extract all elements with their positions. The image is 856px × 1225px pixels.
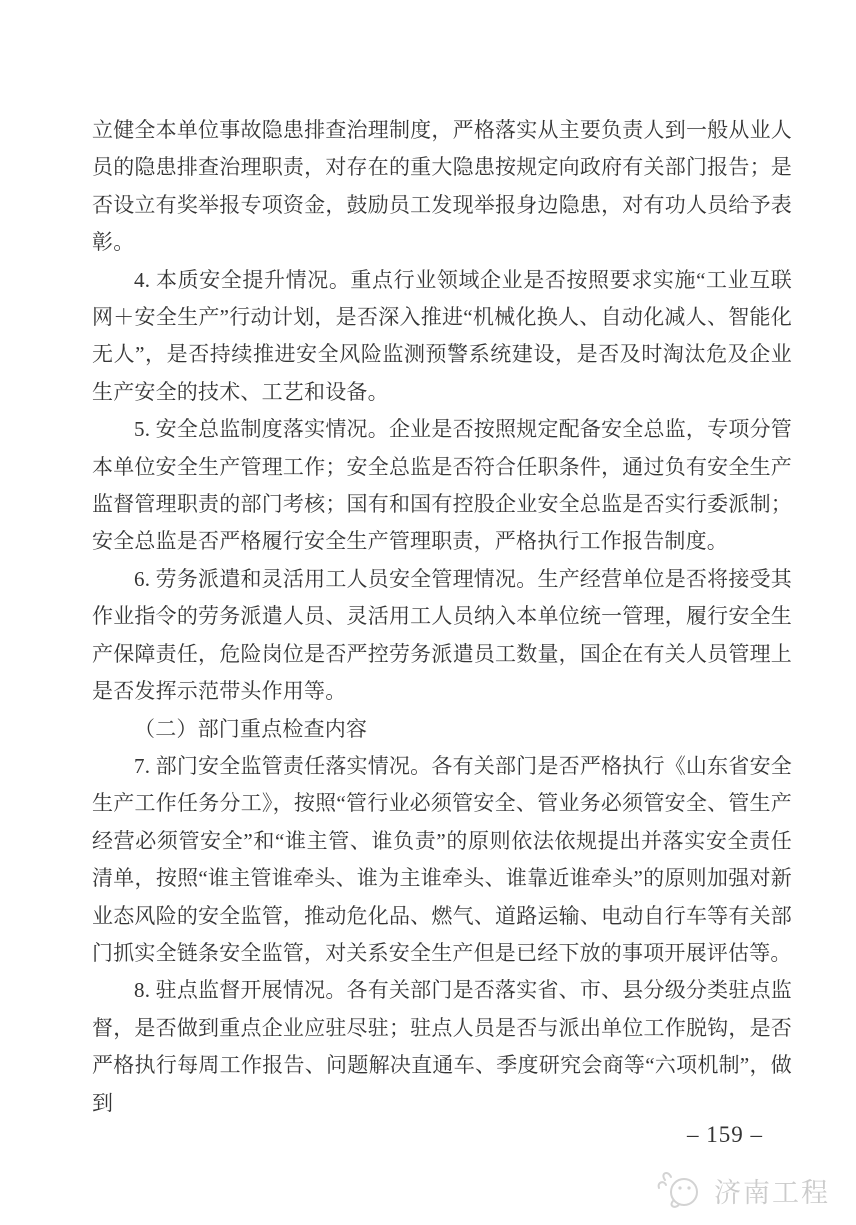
watermark-text: 济南工程: [714, 1171, 830, 1210]
paragraph: 8. 驻点监督开展情况。各有关部门是否落实省、市、县分级分类驻点监督，是否做到重…: [92, 972, 792, 1122]
document-body: 立健全本单位事故隐患排查治理制度，严格落实从主要负责人到一般从业人员的隐患排查治…: [92, 112, 792, 1122]
paragraph: 5. 安全总监制度落实情况。企业是否按照规定配备安全总监，专项分管本单位安全生产…: [92, 411, 792, 561]
section-heading: （二）部门重点检查内容: [92, 711, 792, 748]
paragraph: 6. 劳务派遣和灵活用工人员安全管理情况。生产经营单位是否将接受其作业指令的劳务…: [92, 561, 792, 711]
watermark: 济南工程: [655, 1168, 830, 1212]
page-number: – 159 –: [687, 1122, 763, 1148]
paragraph: 立健全本单位事故隐患排查治理制度，严格落实从主要负责人到一般从业人员的隐患排查治…: [92, 112, 792, 262]
cartoon-mascot-logo-icon: [655, 1168, 707, 1212]
paragraph: 7. 部门安全监管责任落实情况。各有关部门是否严格执行《山东省安全生产工作任务分…: [92, 748, 792, 972]
paragraph: 4. 本质安全提升情况。重点行业领域企业是否按照要求实施“工业互联网＋安全生产”…: [92, 262, 792, 412]
document-page: 立健全本单位事故隐患排查治理制度，严格落实从主要负责人到一般从业人员的隐患排查治…: [0, 0, 856, 1225]
